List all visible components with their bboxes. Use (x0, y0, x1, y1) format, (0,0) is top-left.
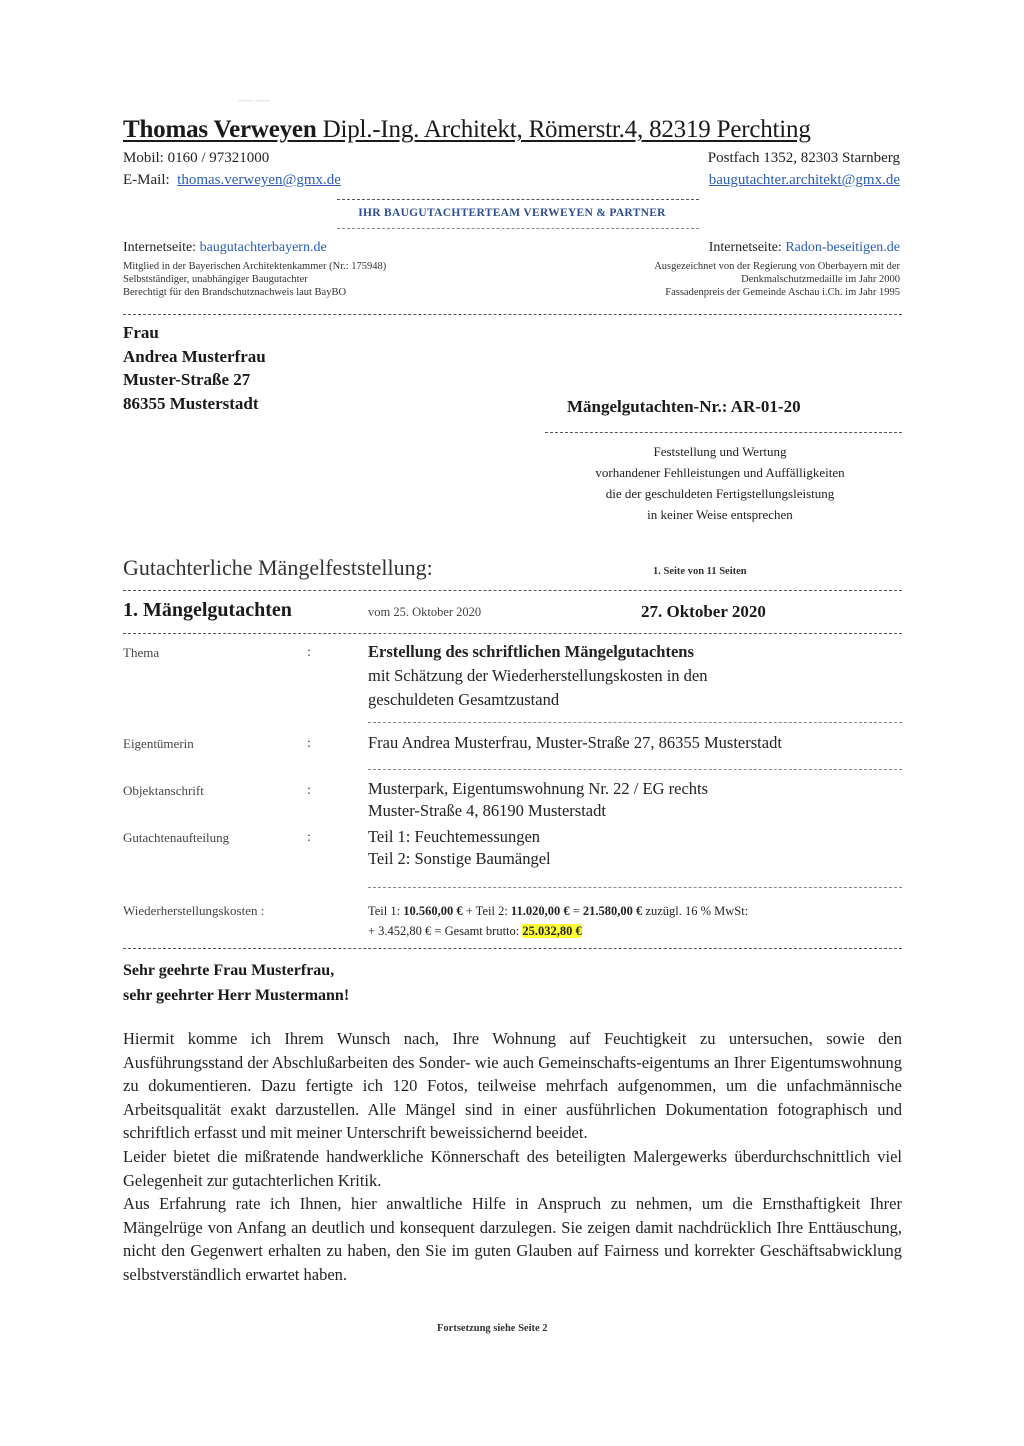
right-info: Ausgezeichnet von der Regierung von Ober… (654, 260, 900, 299)
faint-scribble: ~~~ ~~~ (238, 96, 269, 106)
salutation: Sehr geehrte Frau Musterfrau, sehr geehr… (123, 958, 349, 1008)
owner-label: Eigentümerin (123, 736, 194, 752)
section-heading: Gutachterliche Mängelfeststellung: (123, 555, 433, 581)
letter-body: Hiermit komme ich Ihrem Wunsch nach, Ihr… (123, 1027, 902, 1287)
report-split-label: Gutachtenaufteilung (123, 830, 229, 846)
cost-line-1: Teil 1: 10.560,00 € + Teil 2: 11.020,00 … (368, 901, 748, 921)
cost-total-highlighted: 25.032,80 € (522, 924, 581, 938)
facade-prize-line: Fassadenpreis der Gemeinde Aschau i.Ch. … (654, 286, 900, 299)
report-split-value: Teil 1: Feuchtemessungen Teil 2: Sonstig… (368, 826, 551, 870)
cost-net: 21.580,00 € (583, 904, 642, 918)
description-line: vorhandener Fehlleistungen und Auffällig… (520, 462, 920, 483)
cost-part2: 11.020,00 € (511, 904, 570, 918)
salutation-line: sehr geehrter Herr Mustermann! (123, 983, 349, 1008)
cost-text: + 3.452,80 € = Gesamt brutto: (368, 924, 522, 938)
restoration-cost-label: Wiederherstellungskosten : (123, 903, 264, 919)
left-website-link[interactable]: baugutachterbayern.de (200, 240, 327, 255)
thema-bold: Erstellung des schriftlichen Mängelgutac… (368, 642, 694, 661)
split-line: Teil 2: Sonstige Baumängel (368, 848, 551, 870)
divider (123, 948, 902, 949)
report-title: 1. Mängelgutachten (123, 599, 292, 622)
description-line: in keiner Weise entsprechen (520, 504, 920, 525)
split-line: Teil 1: Feuchtemessungen (368, 826, 551, 848)
email-link[interactable]: thomas.verweyen@gmx.de (177, 172, 341, 188)
continuation-note: Fortsetzung siehe Seite 2 (437, 1323, 548, 1334)
email-label: E-Mail: (123, 172, 170, 188)
report-date: 27. Oktober 2020 (641, 602, 766, 622)
thema-line: geschuldeten Gesamtzustand (368, 688, 708, 712)
architect-name: Thomas Verweyen (123, 116, 317, 143)
colon: : (307, 736, 311, 752)
right-website-row: Internetseite: Radon-beseitigen.de (709, 240, 900, 256)
owner-value: Frau Andrea Musterfrau, Muster-Straße 27… (368, 731, 782, 755)
left-info: Mitglied in der Bayerischen Architektenk… (123, 260, 386, 299)
report-description: Feststellung und Wertung vorhandener Feh… (520, 441, 920, 525)
cost-text: + Teil 2: (463, 904, 511, 918)
body-paragraph: Hiermit komme ich Ihrem Wunsch nach, Ihr… (123, 1027, 902, 1145)
object-line: Muster-Straße 4, 86190 Musterstadt (368, 800, 708, 822)
colon: : (307, 645, 311, 661)
divider (337, 199, 699, 200)
cost-text: = (570, 904, 583, 918)
architect-title-address: Dipl.-Ing. Architekt, Römerstr.4, 82319 … (317, 116, 811, 143)
colon: : (307, 783, 311, 799)
divider (545, 432, 902, 433)
recipient-street: Muster-Straße 27 (123, 368, 266, 392)
email2-row: baugutachter.architekt@gmx.de (709, 172, 900, 189)
object-address-label: Objektanschrift (123, 783, 204, 799)
medal-line: Denkmalschutzmedaille im Jahr 2000 (654, 273, 900, 286)
report-from-date: vom 25. Oktober 2020 (368, 605, 481, 620)
postbox-address: Postfach 1352, 82303 Starnberg (708, 150, 900, 167)
divider (368, 887, 902, 888)
cost-text: zuzügl. 16 % MwSt: (642, 904, 748, 918)
membership-line: Mitglied in der Bayerischen Architektenk… (123, 260, 386, 273)
cost-line-2: + 3.452,80 € = Gesamt brutto: 25.032,80 … (368, 921, 748, 941)
divider (368, 769, 902, 770)
team-heading: IHR BAUGUTACHTERTEAM VERWEYEN & PARTNER (0, 207, 1024, 219)
email-row: E-Mail: thomas.verweyen@gmx.de (123, 172, 341, 189)
cost-text: Teil 1: (368, 904, 403, 918)
divider (337, 228, 699, 229)
salutation-line: Sehr geehrte Frau Musterfrau, (123, 958, 349, 983)
divider (123, 633, 902, 634)
divider (368, 722, 902, 723)
left-website-label: Internetseite: (123, 240, 196, 255)
report-number: Mängelgutachten-Nr.: AR-01-20 (567, 397, 801, 417)
recipient-salutation: Frau (123, 321, 266, 345)
thema-label: Thema (123, 645, 159, 661)
recipient-address: Frau Andrea Musterfrau Muster-Straße 27 … (123, 321, 266, 415)
award-line: Ausgezeichnet von der Regierung von Ober… (654, 260, 900, 273)
letterhead-divider (123, 314, 902, 315)
body-paragraph: Aus Erfahrung rate ich Ihnen, hier anwal… (123, 1192, 902, 1286)
recipient-city: 86355 Musterstadt (123, 392, 266, 416)
email2-link[interactable]: baugutachter.architekt@gmx.de (709, 172, 900, 188)
mobile-number: Mobil: 0160 / 97321000 (123, 150, 269, 167)
body-paragraph: Leider bietet die mißratende handwerklic… (123, 1145, 902, 1192)
fire-protection-line: Berechtigt für den Brandschutznachweis l… (123, 286, 386, 299)
description-line: die der geschuldeten Fertigstellungsleis… (520, 483, 920, 504)
thema-value: Erstellung des schriftlichen Mängelgutac… (368, 640, 708, 712)
thema-line: mit Schätzung der Wiederherstellungskost… (368, 664, 708, 688)
right-website-label: Internetseite: (709, 240, 782, 255)
independent-line: Selbstständiger, unabhängiger Baugutacht… (123, 273, 386, 286)
object-line: Musterpark, Eigentumswohnung Nr. 22 / EG… (368, 778, 708, 800)
colon: : (307, 830, 311, 846)
description-line: Feststellung und Wertung (520, 441, 920, 462)
left-website-row: Internetseite: baugutachterbayern.de (123, 240, 327, 256)
recipient-name: Andrea Musterfrau (123, 345, 266, 369)
cost-part1: 10.560,00 € (403, 904, 462, 918)
page-indicator: 1. Seite von 11 Seiten (653, 566, 747, 577)
restoration-cost-value: Teil 1: 10.560,00 € + Teil 2: 11.020,00 … (368, 901, 748, 941)
divider (123, 590, 902, 591)
letterhead-title: Thomas Verweyen Dipl.-Ing. Architekt, Rö… (123, 116, 811, 144)
object-address-value: Musterpark, Eigentumswohnung Nr. 22 / EG… (368, 778, 708, 822)
right-website-link[interactable]: Radon-beseitigen.de (785, 240, 900, 255)
